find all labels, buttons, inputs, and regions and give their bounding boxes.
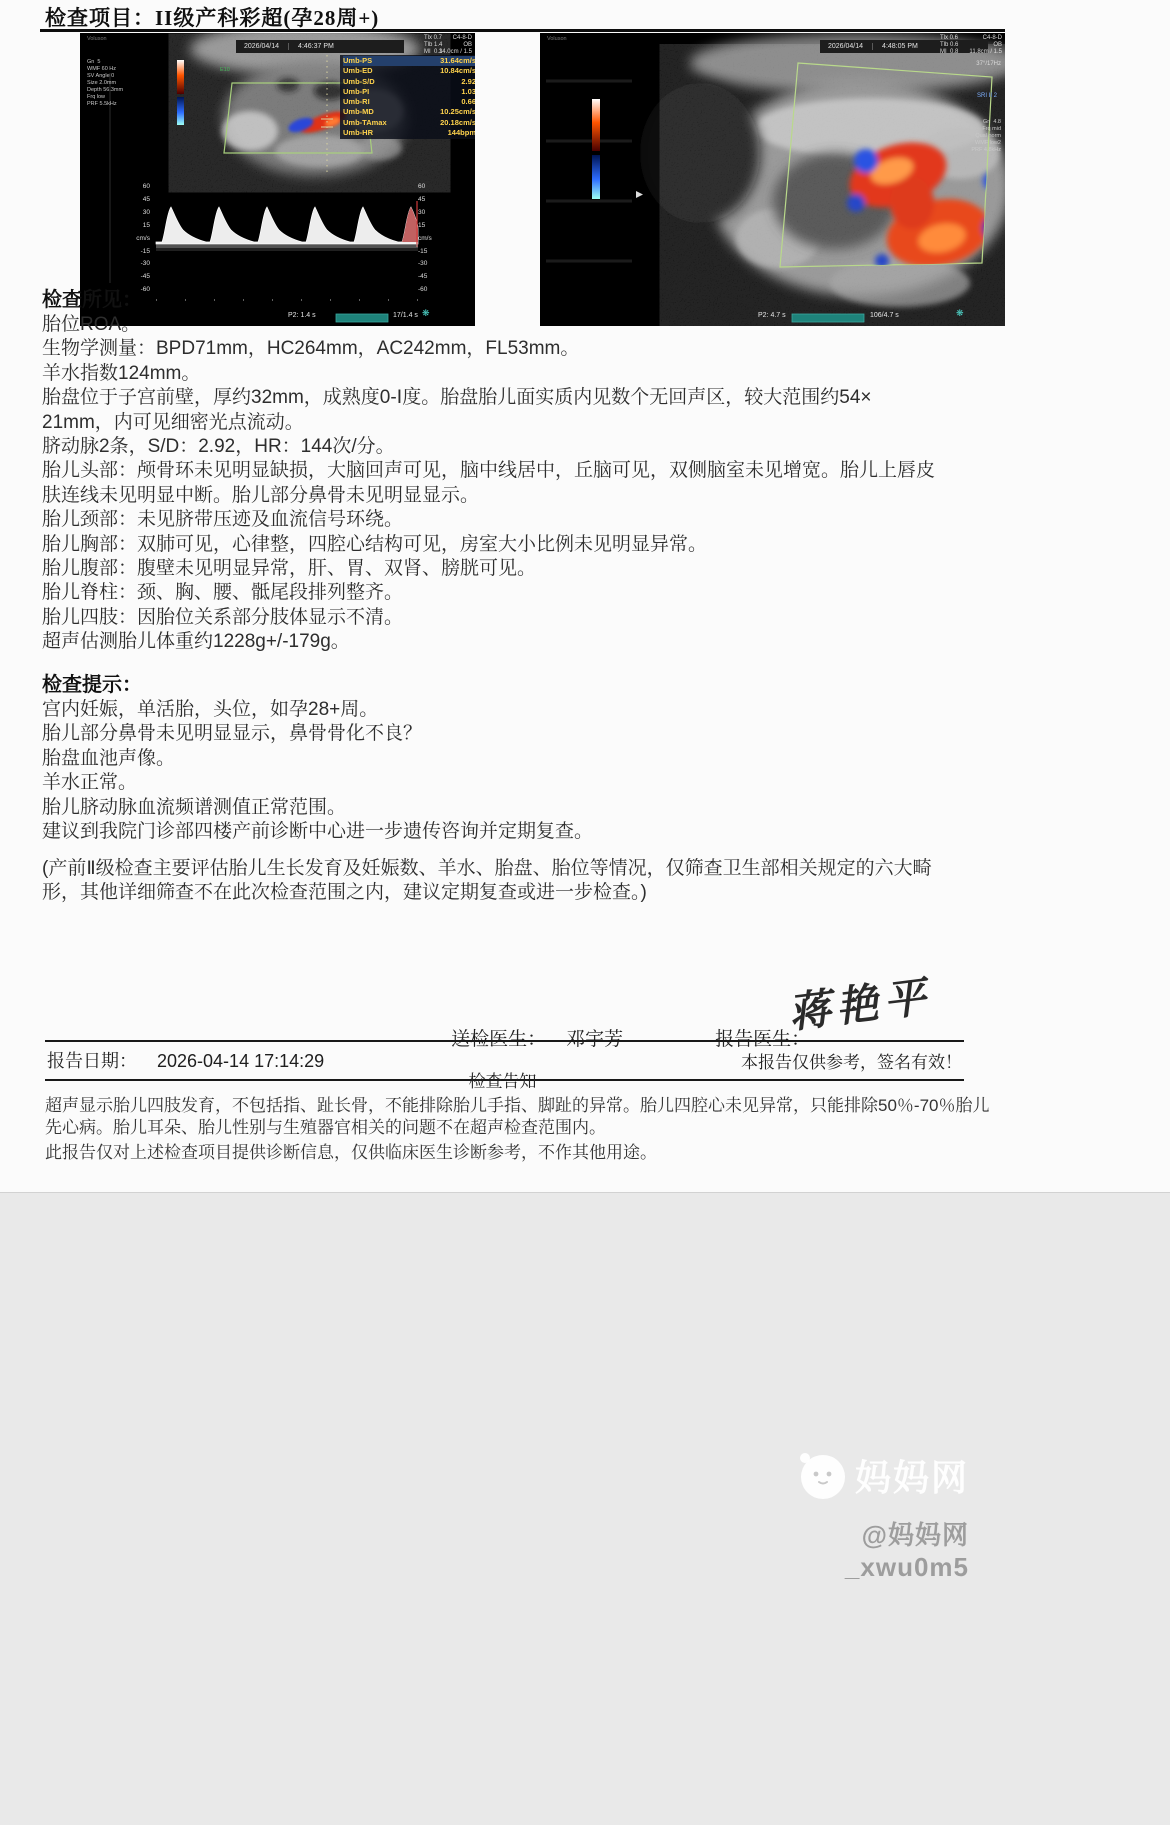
finding-line: 胎位ROA。 xyxy=(42,313,1142,337)
report-doctor-signature: 蒋艳平 xyxy=(786,974,934,1035)
finding-line: 胎儿腹部：腹壁未见明显异常，肝、胃、双肾、膀胱可见。 xyxy=(42,557,1142,581)
validity-note: 本报告仅供参考，签名有效！ xyxy=(741,1048,962,1073)
e10-label: E10 xyxy=(220,67,230,73)
ultrasound-image-fetal-heart-color: Voluson 2026/04/14 4:48:05 PM Tlx 0.6 Tl… xyxy=(540,33,1005,326)
voluson-logo: Voluson xyxy=(87,36,107,42)
watermark-brand-row: 妈妈网 xyxy=(743,1449,969,1501)
hints-section: 检查提示： 宫内妊娠，单活胎，头位，如孕28+周。 胎儿部分鼻骨未见明显显示，鼻… xyxy=(42,672,1142,844)
left-date: 2026/04/14 xyxy=(244,43,279,50)
hint-line: 羊水正常。 xyxy=(42,771,1142,795)
finding-line: 肤连线未见明显中断。胎儿部分鼻骨未见明显显示。 xyxy=(42,484,1142,508)
finding-line: 胎儿头部：颅骨环未见明显缺损，大脑回声可见，脑中线居中，丘脑可见，双侧脑室未见增… xyxy=(42,459,1142,483)
report-document: 检查项目：II级产科彩超(孕28周+) xyxy=(0,0,1170,1193)
finding-line: 胎儿四肢：因胎位关系部分肢体显示不清。 xyxy=(42,606,1142,630)
page-title: 检查项目：II级产科彩超(孕28周+) xyxy=(45,2,379,32)
hints-title: 检查提示： xyxy=(42,672,1142,698)
ultrasound-image-umbilical-doppler: Voluson 2026/04/14 4:46:37 PM Tlx 0.7 Tl… xyxy=(80,33,475,326)
measurement-row: Umb-S/D2.92 xyxy=(343,77,475,87)
measurement-row: Umb-RI0.66 xyxy=(343,97,475,107)
right-time: 4:48:05 PM xyxy=(872,43,918,50)
measurement-row: Umb-HR144bpm xyxy=(343,128,475,138)
findings-title: 检查所见： xyxy=(42,287,1142,313)
finding-line: 21mm，内可见细密光点流动。 xyxy=(42,411,1142,435)
measurement-row: Umb-ED10.84cm/s xyxy=(343,66,475,76)
notice-line: 先心病。胎儿耳朵、胎儿性别与生殖器官相关的问题不在超声检查范围内。 xyxy=(45,1117,1145,1139)
finding-line: 羊水指数124mm。 xyxy=(42,362,1142,386)
sri-label: SRI II 2 xyxy=(977,93,997,99)
scope-note: (产前Ⅱ级检查主要评估胎儿生长发育及妊娠数、羊水、胎盘、胎位等情况，仅筛查卫生部… xyxy=(42,857,1152,906)
finding-line: 胎盘位于子宫前壁，厚约32mm，成熟度0-Ⅰ度。胎盘胎儿面实质内见数个无回声区，… xyxy=(42,386,1142,410)
notice-section: 检查告知 超声显示胎儿四肢发育，不包括指、趾长骨，不能排除胎儿手指、脚趾的异常。… xyxy=(45,1072,1145,1164)
header-rule xyxy=(40,29,1005,32)
hint-line: 胎儿部分鼻骨未见明显显示，鼻骨骨化不良？ xyxy=(42,722,1142,746)
fetal-heart-color-graphic xyxy=(540,33,1005,326)
umbilical-measurement-panel: Umb-PS31.64cm/s Umb-ED10.84cm/s Umb-S/D2… xyxy=(340,55,475,139)
right-ti-readout: Tlx 0.6 Tlb 0.6 MI 0.8 xyxy=(940,35,958,57)
right-date: 2026/04/14 xyxy=(828,43,863,50)
measurement-row: Umb-PS31.64cm/s xyxy=(343,56,475,66)
finding-line: 超声估测胎儿体重约1228g+/-179g。 xyxy=(42,630,1142,654)
scope-note-line: 形，其他详细筛查不在此次检查范围之内，建议定期复查或进一步检查。) xyxy=(42,881,1152,905)
hint-line: 胎儿脐动脉血流频谱测值正常范围。 xyxy=(42,796,1142,820)
watermark: 妈妈网 @妈妈网_xwu0m5 xyxy=(743,1449,969,1583)
hint-line: 建议到我院门诊部四楼产前诊断中心进一步遗传咨询并定期复查。 xyxy=(42,820,1142,844)
doppler-axis-left: 6045 3015 cm/s-15 -30-45 -60 xyxy=(126,181,150,297)
watermark-brand-text: 妈妈网 xyxy=(855,1450,969,1501)
doppler-axis-right: 6045 3015 cm/s-15 -30-45 -60 xyxy=(418,181,442,297)
right-probe-readout: C4-8-D OB 11.8cm / 1.5 xyxy=(969,35,1002,57)
scope-note-line: (产前Ⅱ级检查主要评估胎儿生长发育及妊娠数、羊水、胎盘、胎位等情况，仅筛查卫生部… xyxy=(42,857,1152,881)
watermark-handle: @妈妈网_xwu0m5 xyxy=(743,1515,969,1583)
finding-line: 胎儿脊柱：颈、胸、腰、骶尾段排列整齐。 xyxy=(42,581,1142,605)
finding-line: 脐动脉2条，S/D：2.92，HR：144次/分。 xyxy=(42,435,1142,459)
measurement-row: Umb-PI1.03 xyxy=(343,87,475,97)
hint-line: 胎盘血池声像。 xyxy=(42,747,1142,771)
hint-line: 宫内妊娠，单活胎，头位，如孕28+周。 xyxy=(42,698,1142,722)
finding-line: 胎儿颈部：未见脐带压迹及血流信号环绕。 xyxy=(42,508,1142,532)
sector-angle-label: 37°/17Hz xyxy=(976,61,1001,67)
finding-line: 胎儿胸部：双肺可见，心律整，四腔心结构可见，房室大小比例未见明显异常。 xyxy=(42,533,1142,557)
report-date: 报告日期：2026-04-14 17:14:29 xyxy=(47,1047,324,1073)
left-settings-readout: Gn 5 WMF 60 Hz SV Angle 0 Size 2.0mm Dep… xyxy=(87,59,123,108)
measurement-row: Umb-MD10.25cm/s xyxy=(343,107,475,117)
finding-line: 生物学测量：BPD71mm，HC264mm，AC242mm，FL53mm。 xyxy=(42,337,1142,361)
notice-line: 超声显示胎儿四肢发育，不包括指、趾长骨，不能排除胎儿手指、脚趾的异常。胎儿四腔心… xyxy=(45,1095,1145,1117)
right-settings-readout: Gn 4.8 Frq mid Qual norm WMF low2 PRF 4.… xyxy=(971,119,1001,154)
left-datetime-bar: 2026/04/14 4:46:37 PM xyxy=(236,40,404,53)
notice-line: 此报告仅对上述检查项目提供诊断信息，仅供临床医生诊断参考，不作其他用途。 xyxy=(45,1142,1145,1164)
voluson-logo: Voluson xyxy=(547,36,567,42)
left-probe-readout: C4-8-D OB 14.0cm / 1.5 xyxy=(439,35,472,57)
left-time: 4:46:37 PM xyxy=(288,43,334,50)
measurement-row: Umb-TAmax20.18cm/s xyxy=(343,118,475,128)
mamawang-logo-icon xyxy=(795,1449,847,1501)
notice-title: 检查告知 xyxy=(45,1072,960,1092)
findings-section: 检查所见： 胎位ROA。 生物学测量：BPD71mm，HC264mm，AC242… xyxy=(42,287,1142,655)
right-datetime-bar: 2026/04/14 4:48:05 PM xyxy=(820,40,988,53)
